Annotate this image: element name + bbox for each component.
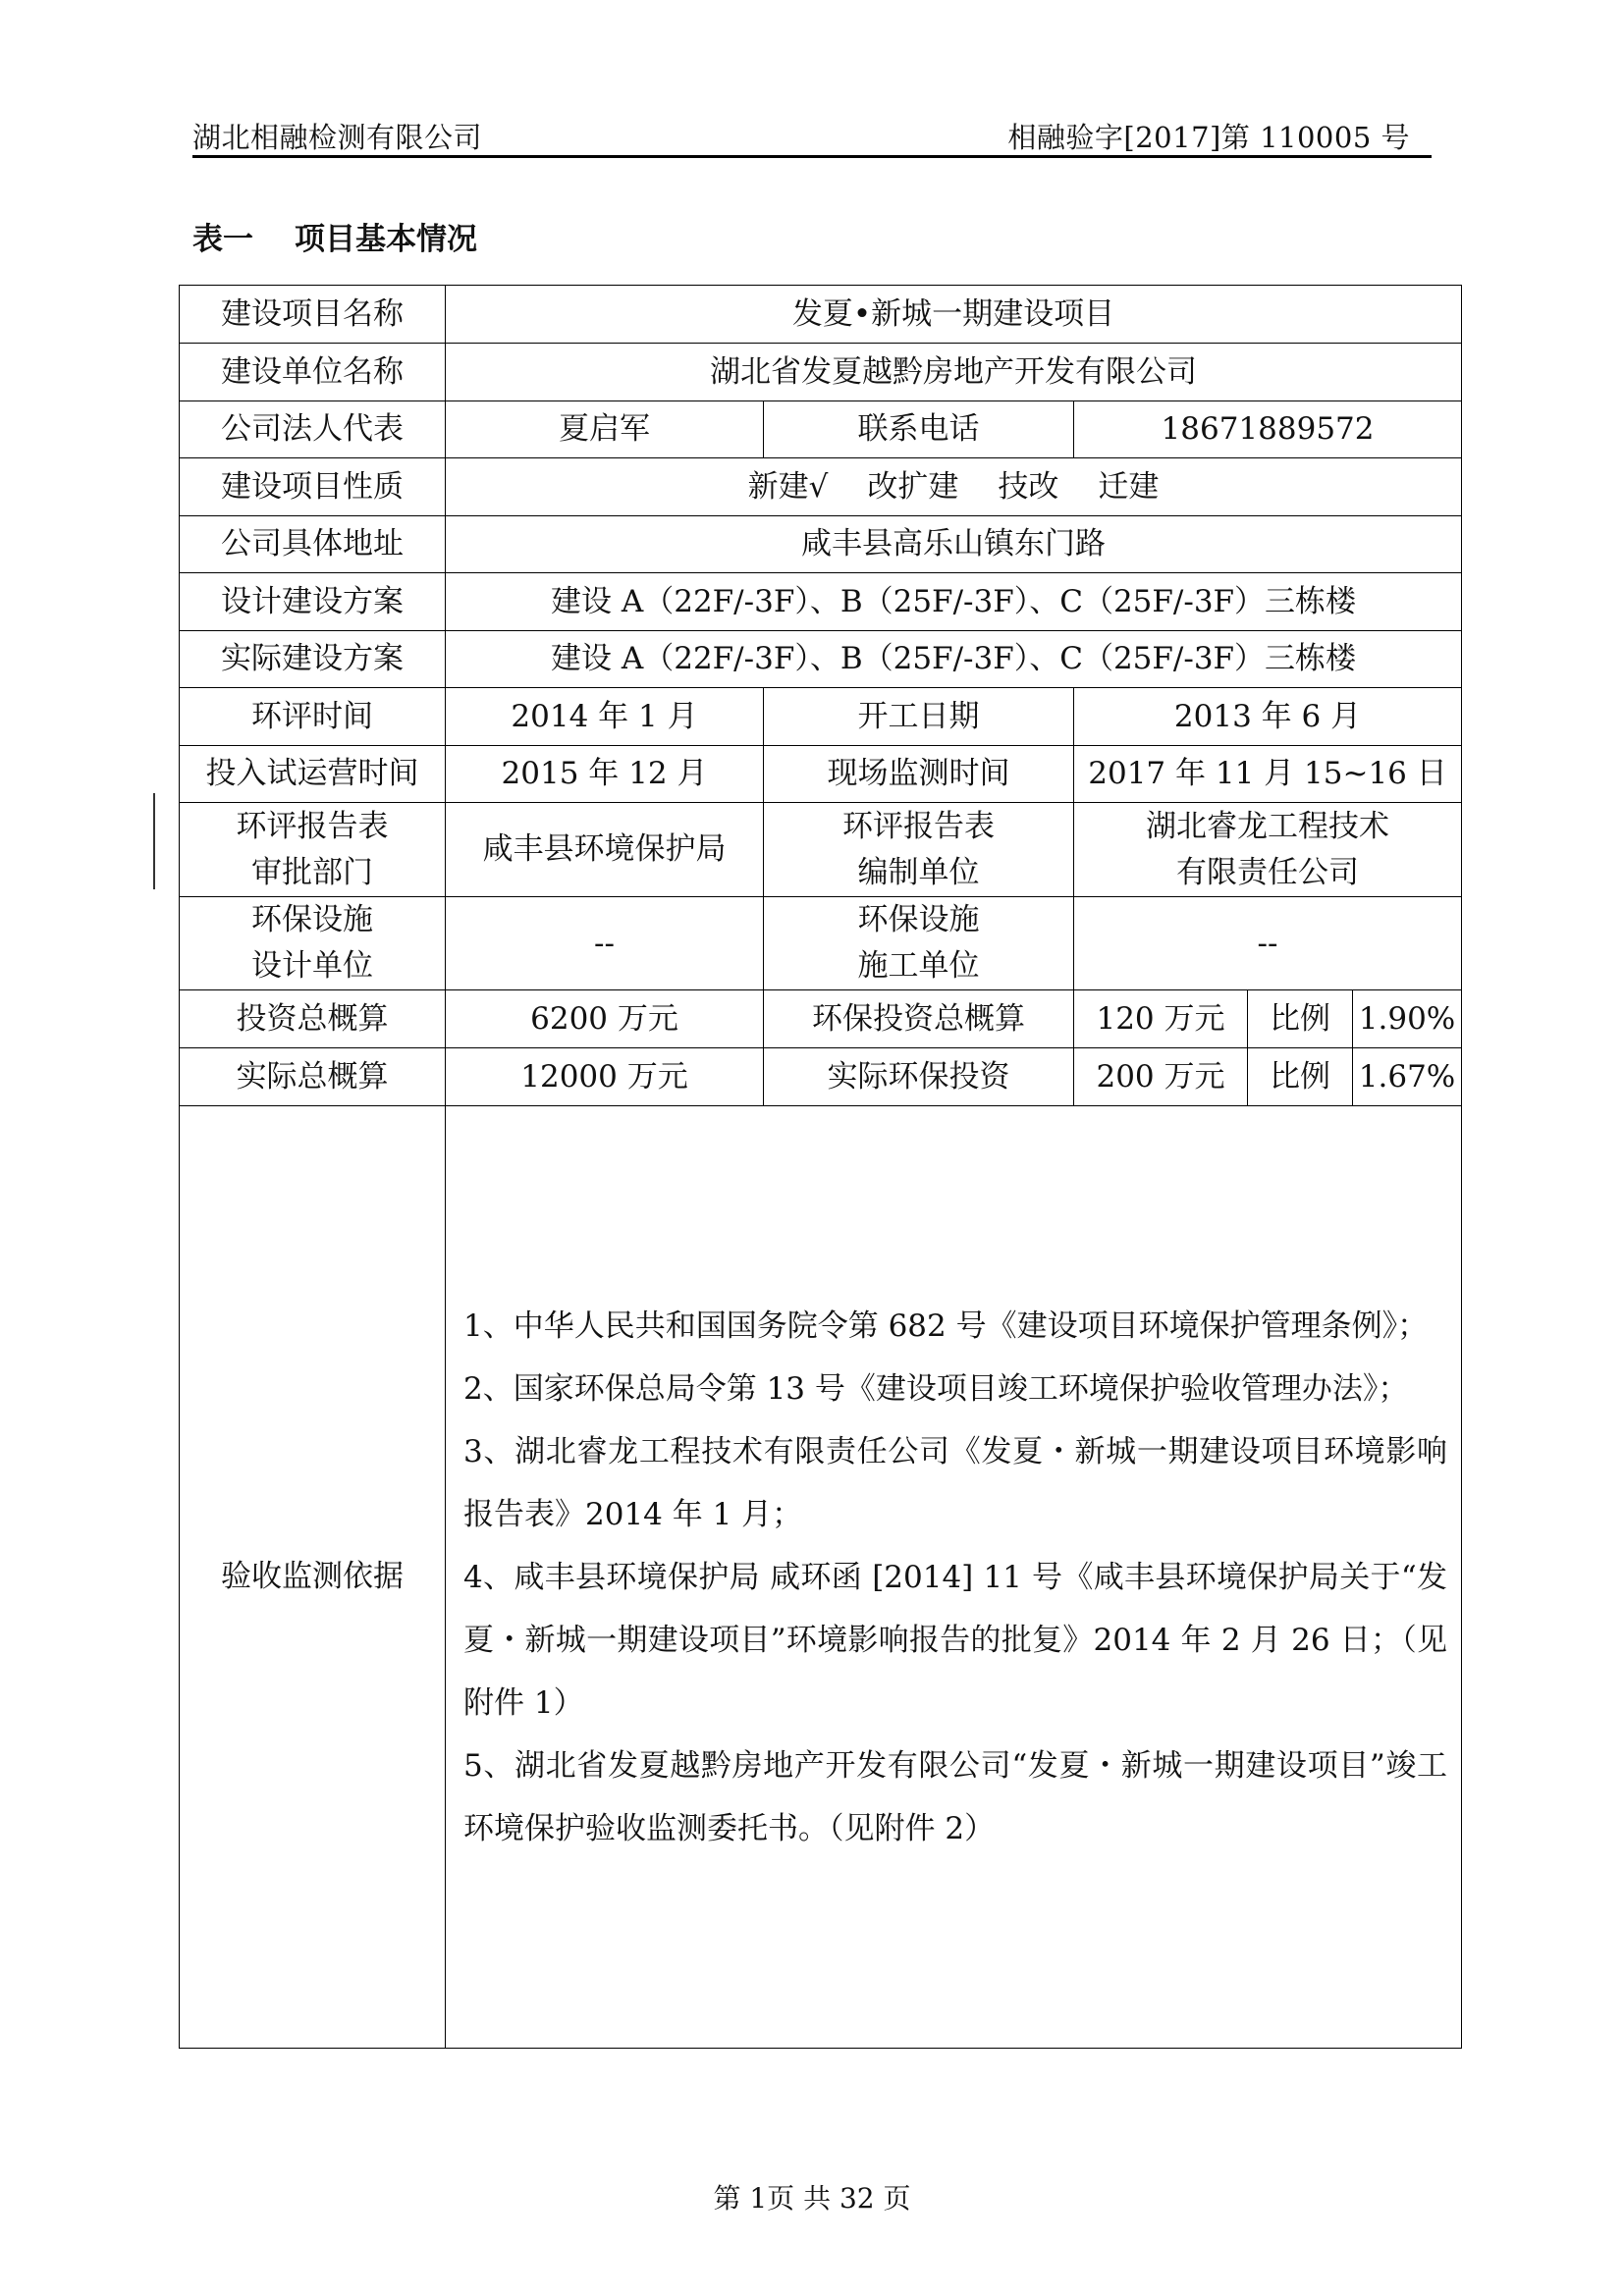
nature-option-tech: 技改 xyxy=(998,463,1058,511)
basis-content: 1、中华人民共和国国务院令第 682 号《建设项目环境保护管理条例》； 2、国家… xyxy=(446,1106,1462,2049)
editor-value-line1: 湖北睿龙工程技术 xyxy=(1078,804,1457,850)
facility-design-label-line1: 环保设施 xyxy=(184,897,441,943)
header-rule xyxy=(192,155,1432,158)
basis-item: 4、咸丰县环境保护局 咸环函 [2014] 11 号《咸丰县环境保护局关于“发夏… xyxy=(463,1546,1447,1735)
approval-label: 环评报告表 审批部门 xyxy=(180,803,446,897)
monitor-time-value: 2017 年 11 月 15~16 日 xyxy=(1074,746,1462,803)
project-info-table: 建设项目名称 发夏•新城一期建设项目 建设单位名称 湖北省发夏越黔房地产开发有限… xyxy=(179,285,1462,2049)
editor-label-line2: 编制单位 xyxy=(768,850,1069,896)
legal-rep-value: 夏启军 xyxy=(446,401,764,458)
address-label: 公司具体地址 xyxy=(180,516,446,573)
address-value: 咸丰县高乐山镇东门路 xyxy=(446,516,1462,573)
env-investment-value: 120 万元 xyxy=(1074,990,1248,1048)
facility-build-label-line2: 施工单位 xyxy=(768,943,1069,989)
basis-item: 3、湖北睿龙工程技术有限责任公司《发夏・新城一期建设项目环境影响报告表》2014… xyxy=(463,1420,1447,1546)
table-row: 公司法人代表 夏启军 联系电话 18671889572 xyxy=(180,401,1462,458)
actual-investment-label: 实际总概算 xyxy=(180,1048,446,1106)
table-row: 验收监测依据 1、中华人民共和国国务院令第 682 号《建设项目环境保护管理条例… xyxy=(180,1106,1462,2049)
actual-plan-value: 建设 A（22F/-3F）、B（25F/-3F）、C（25F/-3F）三栋楼 xyxy=(446,631,1462,688)
editor-value-line2: 有限责任公司 xyxy=(1078,850,1457,896)
facility-build-label-line1: 环保设施 xyxy=(768,897,1069,943)
editor-label: 环评报告表 编制单位 xyxy=(764,803,1074,897)
actual-env-investment-value: 200 万元 xyxy=(1074,1048,1248,1106)
eia-time-value: 2014 年 1 月 xyxy=(446,688,764,746)
table-row: 环保设施 设计单位 -- 环保设施 施工单位 -- xyxy=(180,897,1462,990)
facility-design-value: -- xyxy=(446,897,764,990)
start-date-label: 开工日期 xyxy=(764,688,1074,746)
project-name-value: 发夏•新城一期建设项目 xyxy=(446,286,1462,344)
table-row: 公司具体地址 咸丰县高乐山镇东门路 xyxy=(180,516,1462,573)
actual-plan-label: 实际建设方案 xyxy=(180,631,446,688)
approval-label-line2: 审批部门 xyxy=(184,850,441,896)
section-title: 表一项目基本情况 xyxy=(192,214,477,258)
project-name-label: 建设项目名称 xyxy=(180,286,446,344)
editor-value: 湖北睿龙工程技术 有限责任公司 xyxy=(1074,803,1462,897)
approval-label-line1: 环评报告表 xyxy=(184,804,441,850)
table-row: 投资总概算 6200 万元 环保投资总概算 120 万元 比例 1.90% xyxy=(180,990,1462,1048)
nature-option-expand: 改扩建 xyxy=(867,463,958,511)
approval-value: 咸丰县环境保护局 xyxy=(446,803,764,897)
actual-env-investment-label: 实际环保投资 xyxy=(764,1048,1074,1106)
nature-options: 新建√改扩建技改迁建 xyxy=(446,458,1462,516)
table-row: 实际建设方案 建设 A（22F/-3F）、B（25F/-3F）、C（25F/-3… xyxy=(180,631,1462,688)
basis-item: 2、国家环保总局令第 13 号《建设项目竣工环境保护验收管理办法》； xyxy=(463,1358,1447,1420)
start-date-value: 2013 年 6 月 xyxy=(1074,688,1462,746)
unit-name-label: 建设单位名称 xyxy=(180,344,446,401)
env-investment-label: 环保投资总概算 xyxy=(764,990,1074,1048)
phone-value: 18671889572 xyxy=(1074,401,1462,458)
ratio-label: 比例 xyxy=(1248,990,1353,1048)
nature-label: 建设项目性质 xyxy=(180,458,446,516)
investment-label: 投资总概算 xyxy=(180,990,446,1048)
investment-value: 6200 万元 xyxy=(446,990,764,1048)
eia-time-label: 环评时间 xyxy=(180,688,446,746)
facility-design-label-line2: 设计单位 xyxy=(184,943,441,989)
header-company: 湖北相融检测有限公司 xyxy=(192,116,482,156)
facility-build-label: 环保设施 施工单位 xyxy=(764,897,1074,990)
table-row: 投入试运营时间 2015 年 12 月 现场监测时间 2017 年 11 月 1… xyxy=(180,746,1462,803)
design-plan-value: 建设 A（22F/-3F）、B（25F/-3F）、C（25F/-3F）三栋楼 xyxy=(446,573,1462,631)
basis-label: 验收监测依据 xyxy=(180,1106,446,2049)
section-label: 表一 xyxy=(192,222,253,257)
table-row: 环评时间 2014 年 1 月 开工日期 2013 年 6 月 xyxy=(180,688,1462,746)
design-plan-label: 设计建设方案 xyxy=(180,573,446,631)
table-row: 环评报告表 审批部门 咸丰县环境保护局 环评报告表 编制单位 湖北睿龙工程技术 … xyxy=(180,803,1462,897)
unit-name-value: 湖北省发夏越黔房地产开发有限公司 xyxy=(446,344,1462,401)
table-row: 建设项目名称 发夏•新城一期建设项目 xyxy=(180,286,1462,344)
phone-label: 联系电话 xyxy=(764,401,1074,458)
facility-design-label: 环保设施 设计单位 xyxy=(180,897,446,990)
section-title-text: 项目基本情况 xyxy=(295,222,477,257)
nature-option-new: 新建√ xyxy=(748,463,829,511)
table-row: 建设项目性质 新建√改扩建技改迁建 xyxy=(180,458,1462,516)
table-row: 设计建设方案 建设 A（22F/-3F）、B（25F/-3F）、C（25F/-3… xyxy=(180,573,1462,631)
nature-option-relocate: 迁建 xyxy=(1098,463,1159,511)
actual-ratio-value: 1.67% xyxy=(1353,1048,1462,1106)
actual-ratio-label: 比例 xyxy=(1248,1048,1353,1106)
ratio-value: 1.90% xyxy=(1353,990,1462,1048)
editor-label-line1: 环评报告表 xyxy=(768,804,1069,850)
revision-bar xyxy=(153,793,155,889)
page-number: 第 1页 共 32 页 xyxy=(0,2177,1624,2216)
table-row: 实际总概算 12000 万元 实际环保投资 200 万元 比例 1.67% xyxy=(180,1048,1462,1106)
legal-rep-label: 公司法人代表 xyxy=(180,401,446,458)
monitor-time-label: 现场监测时间 xyxy=(764,746,1074,803)
table-row: 建设单位名称 湖北省发夏越黔房地产开发有限公司 xyxy=(180,344,1462,401)
basis-item: 1、中华人民共和国国务院令第 682 号《建设项目环境保护管理条例》； xyxy=(463,1295,1447,1358)
trial-time-label: 投入试运营时间 xyxy=(180,746,446,803)
actual-investment-value: 12000 万元 xyxy=(446,1048,764,1106)
basis-item: 5、湖北省发夏越黔房地产开发有限公司“发夏・新城一期建设项目”竣工环境保护验收监… xyxy=(463,1735,1447,1860)
facility-build-value: -- xyxy=(1074,897,1462,990)
header-doc-number: 相融验字[2017]第 110005 号 xyxy=(1007,116,1410,156)
trial-time-value: 2015 年 12 月 xyxy=(446,746,764,803)
